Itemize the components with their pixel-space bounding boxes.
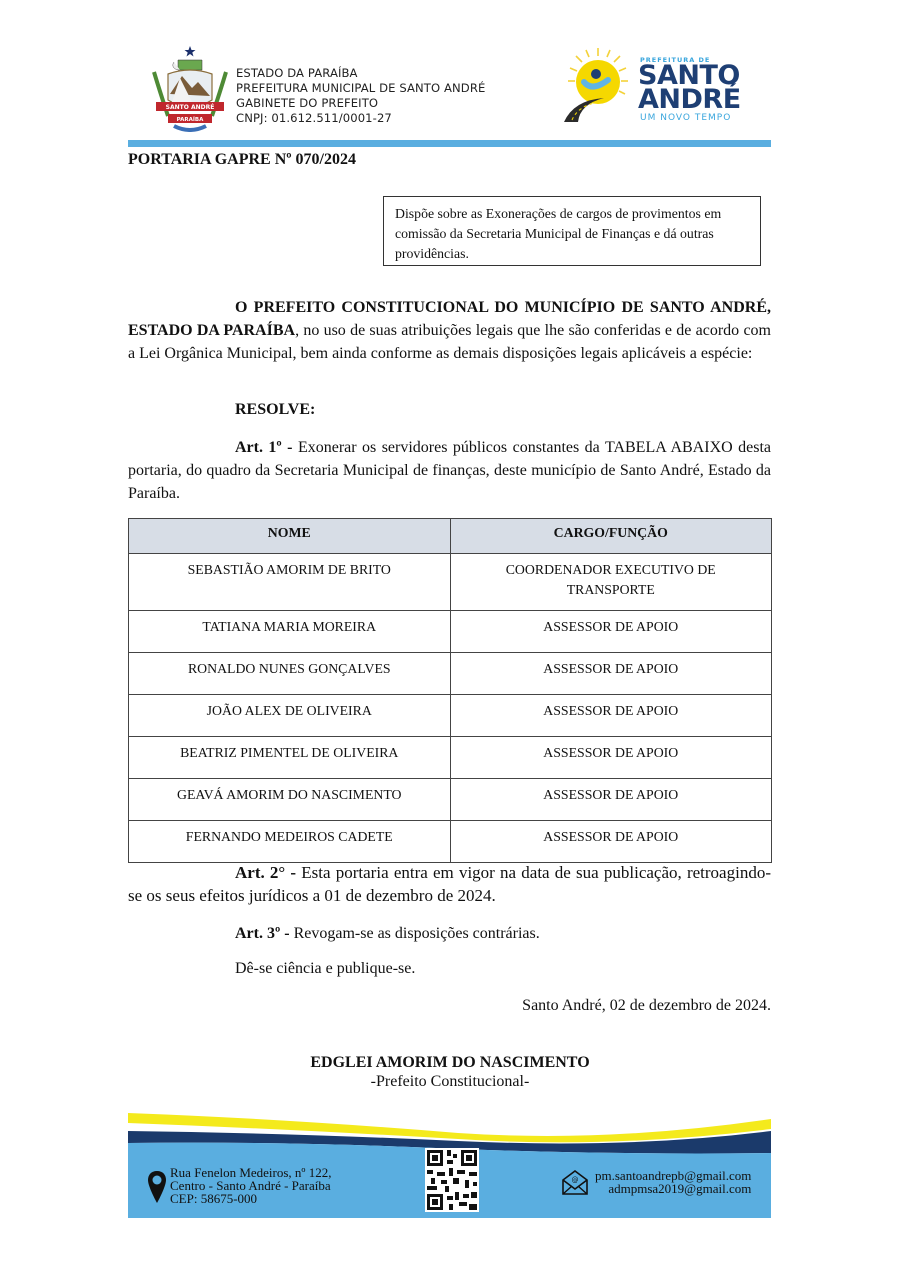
cell-role: ASSESSOR DE APOIO	[450, 611, 772, 653]
footer-emails: pm.santoandrepb@gmail.com admpmsa2019@gm…	[595, 1169, 751, 1195]
header-municipality: PREFEITURA MUNICIPAL DE SANTO ANDRÉ	[236, 81, 485, 96]
closing-formula: Dê-se ciência e publique-se.	[235, 960, 415, 978]
cell-name: FERNANDO MEDEIROS CADETE	[129, 821, 451, 863]
email-envelope-icon: @	[561, 1168, 589, 1196]
header-institution-block: ESTADO DA PARAÍBA PREFEITURA MUNICIPAL D…	[236, 66, 485, 126]
signatory-name: EDGLEI AMORIM DO NASCIMENTO	[0, 1054, 900, 1072]
municipal-crest-icon: SANTO ANDRÉ PARAÍBA	[150, 44, 230, 132]
resolve-heading: RESOLVE:	[235, 401, 315, 419]
ementa-box: Dispõe sobre as Exonerações de cargos de…	[383, 196, 761, 266]
article-1-text: Exonerar os servidores públicos constant…	[128, 439, 771, 502]
table-row: RONALDO NUNES GONÇALVES ASSESSOR DE APOI…	[129, 653, 772, 695]
cell-role: COORDENADOR EXECUTIVO DE TRANSPORTE	[450, 554, 772, 611]
qr-code-icon[interactable]	[425, 1148, 479, 1212]
article-2-label: Art. 2° -	[235, 863, 296, 882]
document-title: PORTARIA GAPRE Nº 070/2024	[128, 151, 356, 169]
cell-role: ASSESSOR DE APOIO	[450, 695, 772, 737]
article-1: Art. 1º - Exonerar os servidores público…	[128, 436, 771, 505]
column-header-name: NOME	[129, 519, 451, 554]
location-pin-icon	[147, 1170, 167, 1204]
article-2-text: Esta portaria entra em vigor na data de …	[128, 863, 771, 905]
header-office: GABINETE DO PREFEITO	[236, 96, 485, 111]
article-3-text: Revogam-se as disposições contrárias.	[290, 925, 540, 942]
cell-role: ASSESSOR DE APOIO	[450, 779, 772, 821]
cell-name: BEATRIZ PIMENTEL DE OLIVEIRA	[129, 737, 451, 779]
table-row: BEATRIZ PIMENTEL DE OLIVEIRA ASSESSOR DE…	[129, 737, 772, 779]
article-2: Art. 2° - Esta portaria entra em vigor n…	[128, 861, 771, 907]
table-row: FERNANDO MEDEIROS CADETE ASSESSOR DE APO…	[129, 821, 772, 863]
table-row: JOÃO ALEX DE OLIVEIRA ASSESSOR DE APOIO	[129, 695, 772, 737]
footer-address: Rua Fenelon Medeiros, nº 122, Centro - S…	[170, 1166, 331, 1205]
cell-role: ASSESSOR DE APOIO	[450, 821, 772, 863]
cell-role: ASSESSOR DE APOIO	[450, 737, 772, 779]
cell-role: ASSESSOR DE APOIO	[450, 653, 772, 695]
cell-name: TATIANA MARIA MOREIRA	[129, 611, 451, 653]
table-row: TATIANA MARIA MOREIRA ASSESSOR DE APOIO	[129, 611, 772, 653]
place-and-date: Santo André, 02 de dezembro de 2024.	[522, 997, 771, 1015]
address-line-3: CEP: 58675-000	[170, 1192, 331, 1205]
svg-text:SANTO ANDRÉ: SANTO ANDRÉ	[166, 103, 215, 111]
article-3: Art. 3º - Revogam-se as disposições cont…	[235, 925, 540, 943]
table-row: GEAVÁ AMORIM DO NASCIMENTO ASSESSOR DE A…	[129, 779, 772, 821]
exoneration-table: NOME CARGO/FUNÇÃO SEBASTIÃO AMORIM DE BR…	[128, 518, 772, 863]
brand-tagline: UM NOVO TEMPO	[640, 113, 731, 123]
email-secondary[interactable]: admpmsa2019@gmail.com	[595, 1182, 751, 1195]
brand-name-line2: ANDRÉ	[638, 87, 741, 113]
header-state: ESTADO DA PARAÍBA	[236, 66, 485, 81]
article-3-label: Art. 3º -	[235, 925, 290, 942]
signatory-role: -Prefeito Constitucional-	[0, 1073, 900, 1091]
column-header-role: CARGO/FUNÇÃO	[450, 519, 772, 554]
header-divider	[128, 140, 771, 147]
svg-text:@: @	[572, 1176, 579, 1184]
cell-name: SEBASTIÃO AMORIM DE BRITO	[129, 554, 451, 611]
cell-name: GEAVÁ AMORIM DO NASCIMENTO	[129, 779, 451, 821]
cell-name: RONALDO NUNES GONÇALVES	[129, 653, 451, 695]
article-1-label: Art. 1º -	[235, 439, 293, 456]
header-cnpj: CNPJ: 01.612.511/0001-27	[236, 111, 485, 126]
svg-text:PARAÍBA: PARAÍBA	[177, 115, 205, 123]
preamble-paragraph: O PREFEITO CONSTITUCIONAL DO MUNICÍPIO D…	[128, 296, 771, 365]
table-row: SEBASTIÃO AMORIM DE BRITO COORDENADOR EX…	[129, 554, 772, 611]
cell-name: JOÃO ALEX DE OLIVEIRA	[129, 695, 451, 737]
